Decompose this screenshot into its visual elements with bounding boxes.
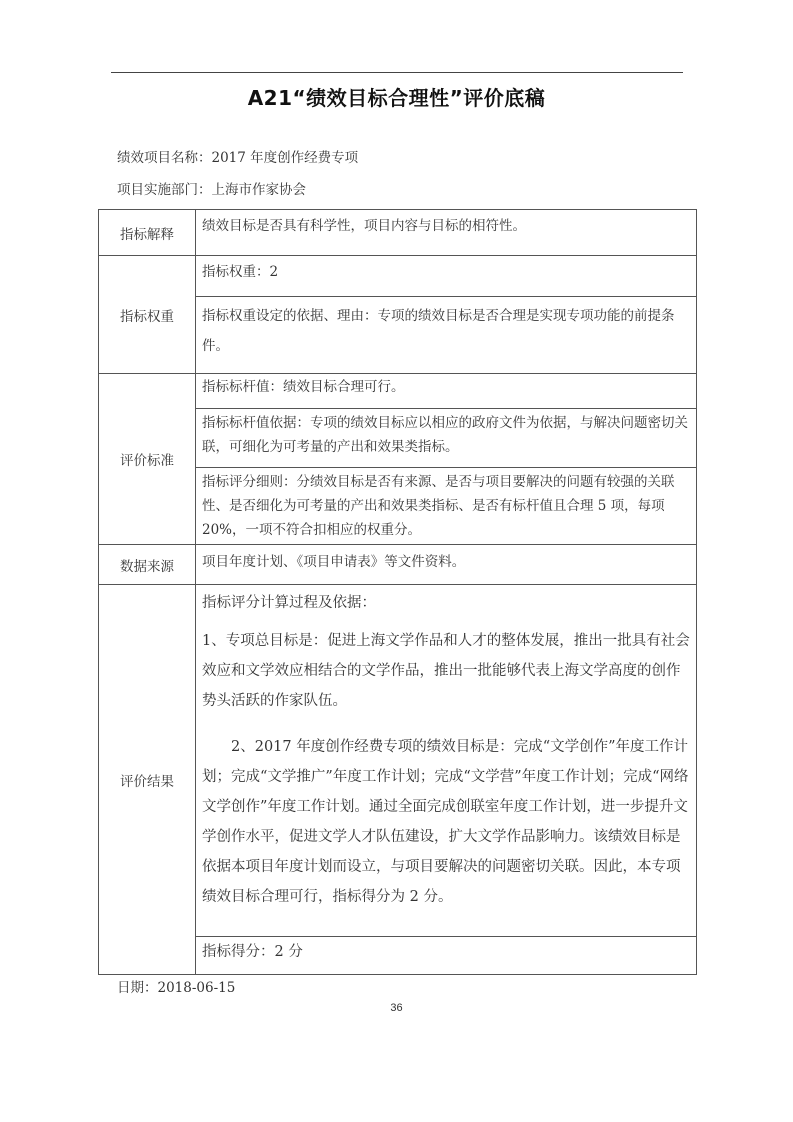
row-cell: 指标权重：2 bbox=[196, 256, 697, 297]
cell-text: 绩效目标是否具有科学性，项目内容与目标的相符性。 bbox=[196, 210, 696, 239]
row-cell: 指标评分计算过程及依据： 1、专项总目标是：促进上海文学作品和人才的整体发展，推… bbox=[196, 585, 697, 937]
cell-text: 指标评分细则：分绩效目标是否有来源、是否与项目要解决的问题有较强的关联性、是否细… bbox=[196, 468, 696, 542]
evaluation-table: 指标解释 绩效目标是否具有科学性，项目内容与目标的相符性。 指标权重 指标权重：… bbox=[98, 209, 697, 975]
calc-heading: 指标评分计算过程及依据： bbox=[202, 588, 690, 618]
cell-text: 指标权重设定的依据、理由：专项的绩效目标是否合理是实现专项功能的前提条件。 bbox=[196, 297, 696, 361]
row-label: 数据来源 bbox=[99, 545, 196, 585]
row-cell: 指标权重设定的依据、理由：专项的绩效目标是否合理是实现专项功能的前提条件。 bbox=[196, 297, 697, 374]
table-row-data-source: 数据来源 项目年度计划、《项目申请表》等文件资料。 bbox=[99, 545, 697, 585]
cell-text: 项目年度计划、《项目申请表》等文件资料。 bbox=[196, 545, 696, 575]
cell-text: 指标标杆值：绩效目标合理可行。 bbox=[196, 374, 696, 400]
table-row-weight-1: 指标权重 指标权重：2 bbox=[99, 256, 697, 297]
row-label: 指标解释 bbox=[99, 210, 196, 256]
row-label: 评价结果 bbox=[99, 585, 196, 975]
table-row-standard-1: 评价标准 指标标杆值：绩效目标合理可行。 bbox=[99, 374, 697, 409]
document-date: 日期：2018-06-15 bbox=[117, 976, 235, 996]
project-name: 绩效项目名称：2017 年度创作经费专项 bbox=[117, 146, 358, 166]
row-cell: 指标评分细则：分绩效目标是否有来源、是否与项目要解决的问题有较强的关联性、是否细… bbox=[196, 468, 697, 545]
page-number: 36 bbox=[0, 1002, 793, 1014]
implementing-department: 项目实施部门：上海市作家协会 bbox=[117, 178, 306, 198]
row-cell: 绩效目标是否具有科学性，项目内容与目标的相符性。 bbox=[196, 210, 697, 256]
row-label: 评价标准 bbox=[99, 374, 196, 545]
table-row-result-1: 评价结果 指标评分计算过程及依据： 1、专项总目标是：促进上海文学作品和人才的整… bbox=[99, 585, 697, 937]
row-cell: 指标标杆值依据：专项的绩效目标应以相应的政府文件为依据，与解决问题密切关联，可细… bbox=[196, 409, 697, 468]
row-cell: 指标得分：2 分 bbox=[196, 937, 697, 975]
calc-paragraph-2: 2、2017 年度创作经费专项的绩效目标是：完成“文学创作”年度工作计划；完成“… bbox=[202, 732, 690, 912]
table-row-indicator-explanation: 指标解释 绩效目标是否具有科学性，项目内容与目标的相符性。 bbox=[99, 210, 697, 256]
cell-text: 指标权重：2 bbox=[196, 256, 696, 285]
row-cell: 指标标杆值：绩效目标合理可行。 bbox=[196, 374, 697, 409]
calc-paragraph-1: 1、专项总目标是：促进上海文学作品和人才的整体发展，推出一批具有社会效应和文学效… bbox=[202, 626, 690, 716]
cell-text: 指标标杆值依据：专项的绩效目标应以相应的政府文件为依据，与解决问题密切关联，可细… bbox=[196, 409, 696, 459]
indicator-score: 指标得分：2 分 bbox=[196, 937, 696, 965]
header-rule bbox=[111, 72, 683, 73]
row-cell: 项目年度计划、《项目申请表》等文件资料。 bbox=[196, 545, 697, 585]
document-title: A21“绩效目标合理性”评价底稿 bbox=[0, 82, 793, 111]
row-label: 指标权重 bbox=[99, 256, 196, 374]
